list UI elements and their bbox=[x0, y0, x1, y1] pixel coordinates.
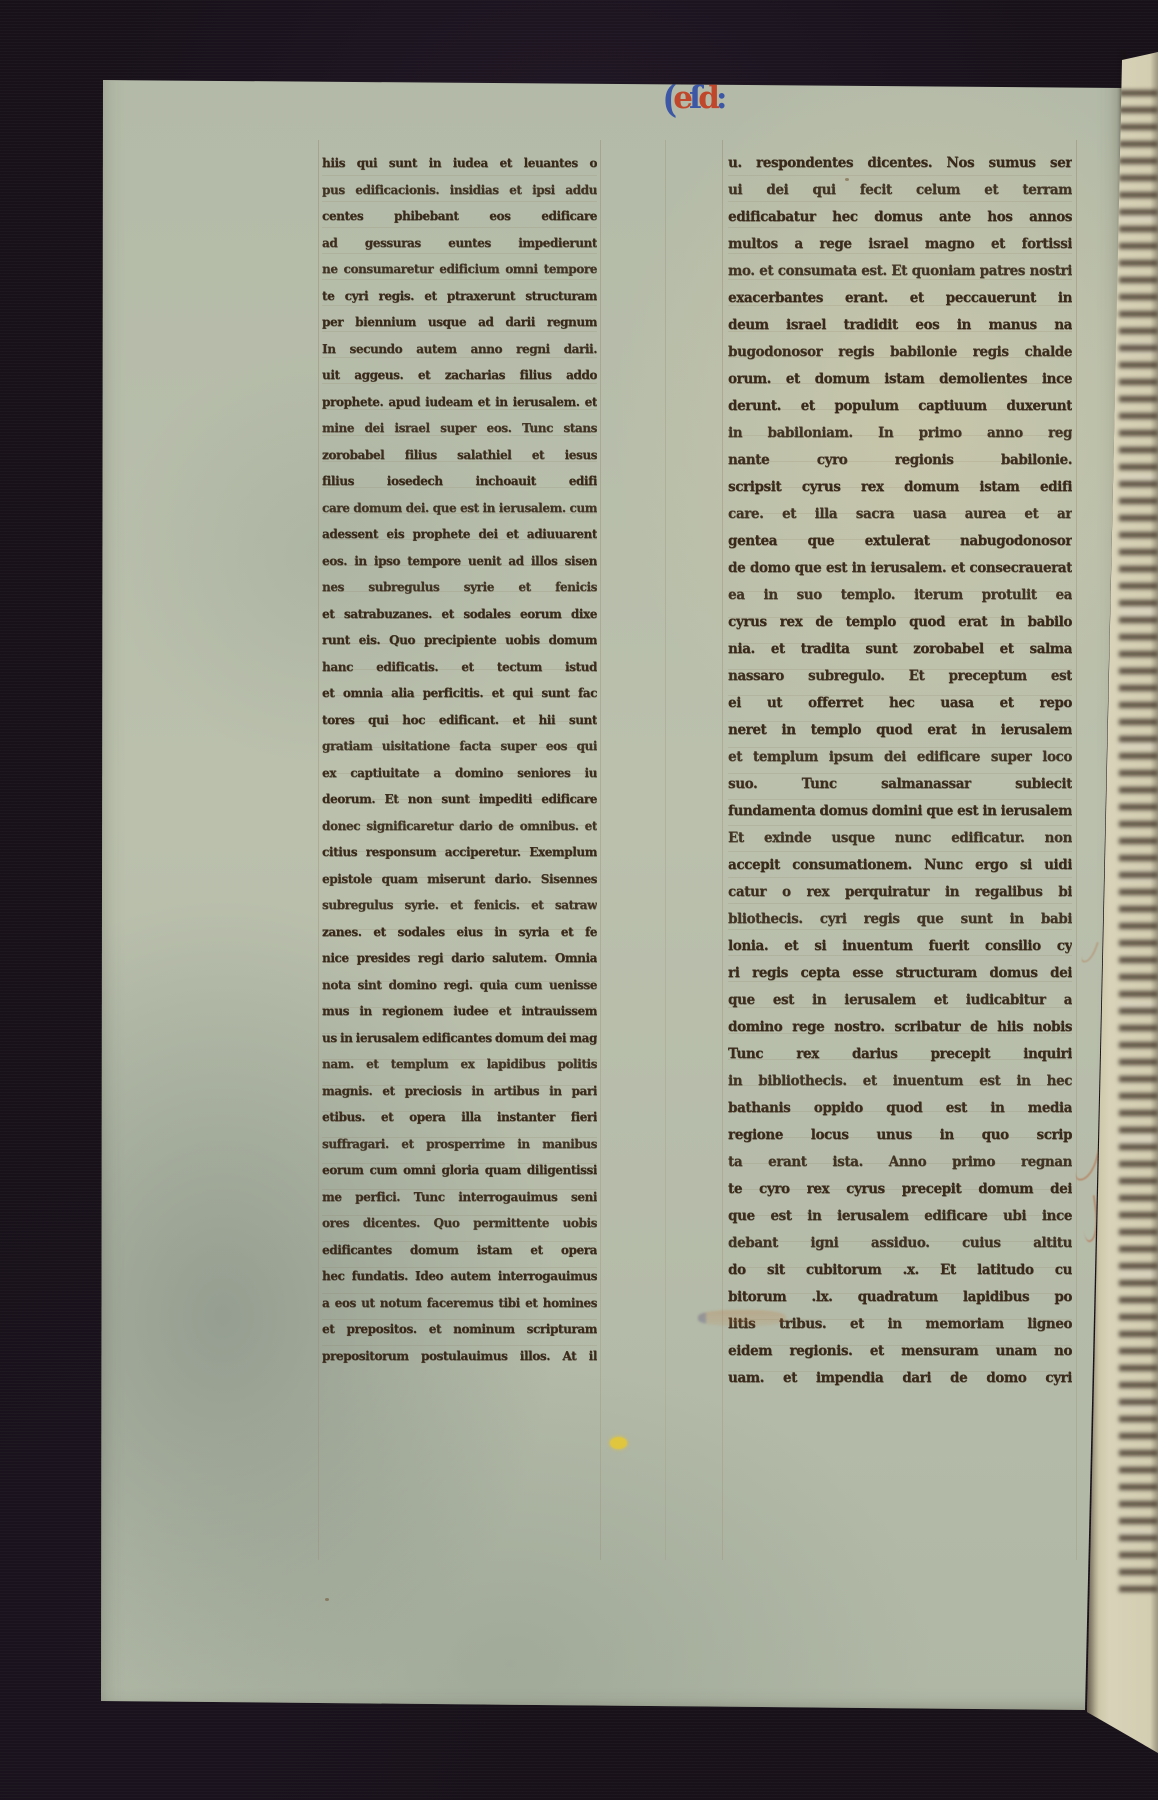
text-line: debant igni assiduo. cuius altitu bbox=[728, 1230, 1072, 1257]
text-line: in bibliothecis. et inuentum est in hec bbox=[728, 1068, 1072, 1095]
text-line: hec fundatis. Ideo autem interrogauimus bbox=[322, 1263, 597, 1290]
running-header-letter: ( bbox=[663, 81, 674, 120]
text-column-left: hiis qui sunt in iudea et leuantes opus … bbox=[322, 150, 597, 1369]
text-line: et templum ipsum dei edificare super loc… bbox=[728, 744, 1072, 771]
text-line: multos a rege israel magno et fortissi bbox=[728, 231, 1072, 258]
text-line: nes subregulus syrie et fenicis bbox=[322, 574, 597, 601]
text-line: tores qui hoc edificant. et hii sunt bbox=[322, 707, 597, 734]
text-line: suo. Tunc salmanassar subiecit bbox=[728, 771, 1072, 798]
text-line: ores dicentes. Quo permittente uobis bbox=[322, 1210, 597, 1237]
ruling-line-vertical bbox=[722, 140, 723, 1560]
text-line: que est in ierusalem et iudicabitur a bbox=[728, 987, 1072, 1014]
text-line: suffragari. et prosperrime in manibus bbox=[322, 1131, 597, 1158]
text-line: nante cyro regionis babilonie. bbox=[728, 447, 1072, 474]
text-line: ui dei qui fecit celum et terram bbox=[728, 177, 1072, 204]
text-line: bitorum .lx. quadratum lapidibus po bbox=[728, 1284, 1072, 1311]
text-line: mus in regionem iudee et intrauissem bbox=[322, 998, 597, 1025]
text-line: prepositorum postulauimus illos. At il bbox=[322, 1343, 597, 1370]
text-line: ex captiuitate a domino seniores iu bbox=[322, 760, 597, 787]
ruling-line-vertical bbox=[665, 140, 666, 1560]
running-header-letter: d bbox=[698, 83, 716, 114]
text-line: bliothecis. cyri regis que sunt in babi bbox=[728, 906, 1072, 933]
fore-edge-shadow bbox=[1150, 50, 1158, 1765]
text-line: us in ierusalem edificantes domum dei ma… bbox=[322, 1025, 597, 1052]
ink-speck bbox=[845, 178, 849, 181]
text-line: eorum cum omni gloria quam diligentissi bbox=[322, 1157, 597, 1184]
manuscript-page: (eſd: a hiis qui sunt in iudea et leuant… bbox=[100, 58, 1125, 1713]
text-line: etibus. et opera illa instanter fieri bbox=[322, 1104, 597, 1131]
text-line: bugodonosor regis babilonie regis chalde bbox=[728, 339, 1072, 366]
text-line: nota sint domino regi. quia cum uenisse bbox=[322, 972, 597, 999]
text-line: In secundo autem anno regni darii. proph… bbox=[322, 336, 597, 363]
text-line: cyrus rex de templo quod erat in babilo bbox=[728, 609, 1072, 636]
text-line: ta erant ista. Anno primo regnan bbox=[728, 1149, 1072, 1176]
text-line: zanes. et sodales eius in syria et fe bbox=[322, 919, 597, 946]
text-line: nia. et tradita sunt zorobabel et salma bbox=[728, 636, 1072, 663]
text-line: nam. et templum ex lapidibus politis bbox=[322, 1051, 597, 1078]
text-line: edificabatur hec domus ante hos annos bbox=[728, 204, 1072, 231]
text-line: hiis qui sunt in iudea et leuantes o bbox=[322, 150, 597, 177]
text-line: prophete. apud iudeam et in ierusalem. e… bbox=[322, 389, 597, 416]
text-line: adessent eis prophete dei et adiuuarent bbox=[322, 521, 597, 548]
text-line: regione locus unus in quo scrip bbox=[728, 1122, 1072, 1149]
text-line: deum israel tradidit eos in manus na bbox=[728, 312, 1072, 339]
text-line: uit aggeus. et zacharias filius addo bbox=[322, 362, 597, 389]
text-line: scripsit cyrus rex domum istam edifi bbox=[728, 474, 1072, 501]
text-line: et omnia alia perficitis. et qui sunt fa… bbox=[322, 680, 597, 707]
text-line: u. respondentes dicentes. Nos sumus ser bbox=[728, 150, 1072, 177]
text-line: hanc edificatis. et tectum istud bbox=[322, 654, 597, 681]
text-line: deorum. Et non sunt impediti edificare bbox=[322, 786, 597, 813]
text-line: fundamenta domus domini que est in ierus… bbox=[728, 798, 1072, 825]
running-header-letter: e bbox=[673, 83, 689, 114]
ink-speck bbox=[325, 1598, 329, 1601]
text-line: accepit consumationem. Nunc ergo si uidi bbox=[728, 852, 1072, 879]
text-line: mine dei israel super eos. Tunc stans bbox=[322, 415, 597, 442]
text-line: de domo que est in ierusalem. et consecr… bbox=[728, 555, 1072, 582]
text-line: epistole quam miserunt dario. Sisennes bbox=[322, 866, 597, 893]
text-line: edificantes domum istam et opera bbox=[322, 1237, 597, 1264]
text-line: ei ut offerret hec uasa et repo bbox=[728, 690, 1072, 717]
text-line: pus edificacionis. insidias et ipsi addu bbox=[322, 177, 597, 204]
text-line: lonia. et si inuentum fuerit consilio cy bbox=[728, 933, 1072, 960]
running-header: (eſd: bbox=[628, 82, 758, 113]
rust-offset-mark bbox=[1074, 1144, 1100, 1183]
text-line: ea in suo templo. iterum protulit ea bbox=[728, 582, 1072, 609]
text-line: et prepositos. et nominum scripturam bbox=[322, 1316, 597, 1343]
text-line: per biennium usque ad darii regnum bbox=[322, 309, 597, 336]
text-line: nassaro subregulo. Et preceptum est bbox=[728, 663, 1072, 690]
text-line: a eos ut notum faceremus tibi et homines bbox=[322, 1290, 597, 1317]
text-line: mo. et consumata est. Et quoniam patres … bbox=[728, 258, 1072, 285]
text-line: do sit cubitorum .x. Et latitudo cu bbox=[728, 1257, 1072, 1284]
text-line: donec significaretur dario de omnibus. e… bbox=[322, 813, 597, 840]
text-line: Et exinde usque nunc edificatur. non bbox=[728, 825, 1072, 852]
text-line: filius iosedech inchoauit edifi bbox=[322, 468, 597, 495]
text-line: in babiloniam. In primo anno reg bbox=[728, 420, 1072, 447]
wax-stain bbox=[610, 1437, 627, 1449]
text-line: eos. in ipso tempore uenit ad illos sise… bbox=[322, 548, 597, 575]
running-header-letter: ſ bbox=[689, 83, 698, 114]
text-line: eidem regionis. et mensuram unam no bbox=[728, 1338, 1072, 1365]
text-line: gratiam uisitatione facta super eos qui … bbox=[322, 733, 597, 760]
text-line: Tunc rex darius precepit inquiri bbox=[728, 1041, 1072, 1068]
text-line: magnis. et preciosis in artibus in pari bbox=[322, 1078, 597, 1105]
text-line: care. et illa sacra uasa aurea et ar bbox=[728, 501, 1072, 528]
text-line: zorobabel filius salathiel et iesus bbox=[322, 442, 597, 469]
text-line: ri regis cepta esse structuram domus dei bbox=[728, 960, 1072, 987]
text-line: catur o rex perquiratur in regalibus bi bbox=[728, 879, 1072, 906]
text-line: runt eis. Quo precipiente uobis domum bbox=[322, 627, 597, 654]
text-line: gentea que extulerat nabugodonosor bbox=[728, 528, 1072, 555]
text-line: derunt. et populum captiuum duxerunt bbox=[728, 393, 1072, 420]
ruling-line-vertical bbox=[600, 140, 601, 1560]
text-line: centes phibebant eos edificare bbox=[322, 203, 597, 230]
text-line: nice presides regi dario salutem. Omnia bbox=[322, 945, 597, 972]
rust-offset-mark bbox=[1080, 939, 1099, 965]
ruling-line-vertical bbox=[318, 140, 319, 1560]
text-line: uam. et impendia dari de domo cyri bbox=[728, 1365, 1072, 1392]
text-line: subregulus syrie. et fenicis. et satraw bbox=[322, 892, 597, 919]
running-header-letter: : bbox=[716, 83, 723, 114]
text-line: te cyro rex cyrus precepit domum dei bbox=[728, 1176, 1072, 1203]
text-line: te cyri regis. et ptraxerunt structuram bbox=[322, 283, 597, 310]
text-line: bathanis oppido quod est in media bbox=[728, 1095, 1072, 1122]
text-line: neret in templo quod erat in ierusalem bbox=[728, 717, 1072, 744]
text-line: care domum dei. que est in ierusalem. cu… bbox=[322, 495, 597, 522]
text-line: ad gessuras euntes impedierunt bbox=[322, 230, 597, 257]
text-line: ne consumaretur edificium omni tempore u… bbox=[322, 256, 597, 283]
pigment-offset-smudge bbox=[698, 1310, 786, 1326]
text-line: exacerbantes erant. et peccauerunt in bbox=[728, 285, 1072, 312]
text-line: domino rege nostro. scribatur de hiis no… bbox=[728, 1014, 1072, 1041]
text-line: et satrabuzanes. et sodales eorum dixe bbox=[322, 601, 597, 628]
ruling-line-vertical bbox=[1076, 140, 1077, 1560]
text-line: me perfici. Tunc interrogauimus seni bbox=[322, 1184, 597, 1211]
text-line: orum. et domum istam demolientes ince bbox=[728, 366, 1072, 393]
text-column-right: u. respondentes dicentes. Nos sumus seru… bbox=[728, 150, 1072, 1392]
text-line: citius responsum acciperetur. Exemplum bbox=[322, 839, 597, 866]
text-line: que est in ierusalem edificare ubi ince bbox=[728, 1203, 1072, 1230]
